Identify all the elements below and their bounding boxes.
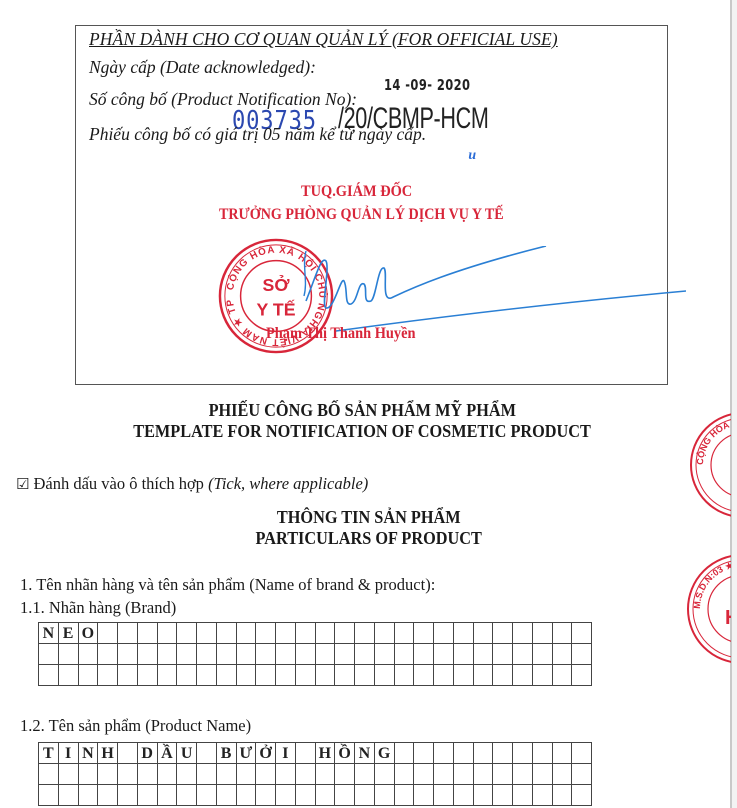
grid-cell <box>474 743 494 764</box>
grid-cell <box>375 623 395 644</box>
grid-cell <box>59 665 79 686</box>
grid-cell <box>138 764 158 785</box>
grid-cell <box>158 644 178 665</box>
grid-cell <box>553 644 573 665</box>
grid-cell <box>138 665 158 686</box>
grid-cell <box>237 644 257 665</box>
grid-cell <box>355 623 375 644</box>
grid-cell <box>276 623 296 644</box>
grid-cell <box>335 644 355 665</box>
grid-cell <box>375 665 395 686</box>
svg-text:M.S.D.N:03 ★ QUẬN: M.S.D.N:03 ★ QUẬN <box>692 559 731 609</box>
grid-cell <box>177 785 197 806</box>
grid-cell <box>395 764 415 785</box>
grid-cell <box>553 743 573 764</box>
grid-cell <box>296 743 316 764</box>
grid-cell: Ư <box>237 743 257 764</box>
grid-cell <box>118 743 138 764</box>
grid-cell: H <box>98 743 118 764</box>
grid-cell: G <box>375 743 395 764</box>
grid-cell <box>39 785 59 806</box>
grid-cell <box>454 785 474 806</box>
grid-cell <box>197 623 217 644</box>
grid-cell <box>276 764 296 785</box>
grid-cell <box>118 764 138 785</box>
grid-cell <box>276 644 296 665</box>
grid-cell <box>177 644 197 665</box>
initial-mark: ᴎ <box>468 148 477 164</box>
grid-cell <box>513 644 533 665</box>
grid-cell <box>355 764 375 785</box>
grid-cell <box>256 644 276 665</box>
grid-cell <box>434 785 454 806</box>
grid-cell <box>296 785 316 806</box>
grid-cell <box>98 785 118 806</box>
grid-cell <box>276 785 296 806</box>
grid-cell <box>256 623 276 644</box>
grid-cell <box>217 665 237 686</box>
signatory-title-2: TRƯỞNG PHÒNG QUẢN LÝ DỊCH VỤ Y TẾ <box>219 206 504 224</box>
grid-cell <box>395 623 415 644</box>
grid-cell <box>533 665 553 686</box>
grid-cell <box>493 785 513 806</box>
grid-cell <box>493 743 513 764</box>
grid-cell <box>138 644 158 665</box>
grid-cell <box>395 785 415 806</box>
tick-instruction-en: (Tick, where applicable) <box>208 474 368 493</box>
grid-cell <box>454 743 474 764</box>
grid-cell <box>138 623 158 644</box>
grid-cell <box>474 785 494 806</box>
grid-cell <box>395 644 415 665</box>
grid-cell <box>553 665 573 686</box>
grid-cell <box>355 644 375 665</box>
grid-cell <box>197 764 217 785</box>
grid-cell: D <box>138 743 158 764</box>
grid-cell <box>474 665 494 686</box>
grid-cell <box>118 623 138 644</box>
grid-cell <box>59 764 79 785</box>
grid-cell <box>533 743 553 764</box>
svg-text:SỞ: SỞ <box>263 274 291 295</box>
grid-cell <box>335 764 355 785</box>
grid-cell: B <box>217 743 237 764</box>
grid-cell <box>414 764 434 785</box>
grid-cell <box>375 764 395 785</box>
grid-cell <box>454 623 474 644</box>
grid-cell <box>237 764 257 785</box>
grid-cell <box>335 665 355 686</box>
section-title-en: PARTICULARS OF PRODUCT <box>0 528 737 549</box>
grid-cell: N <box>39 623 59 644</box>
grid-cell <box>158 665 178 686</box>
item-1-1-brand-label: 1.1. Nhãn hàng (Brand) <box>20 598 176 618</box>
grid-cell: O <box>79 623 99 644</box>
grid-cell <box>474 644 494 665</box>
grid-cell <box>118 665 138 686</box>
grid-cell <box>177 665 197 686</box>
grid-cell <box>79 665 99 686</box>
grid-cell <box>414 665 434 686</box>
grid-cell <box>118 644 138 665</box>
grid-cell: H <box>316 743 336 764</box>
grid-cell <box>237 623 257 644</box>
grid-cell <box>59 785 79 806</box>
grid-cell <box>197 785 217 806</box>
grid-cell <box>296 764 316 785</box>
date-acknowledged-value: 14 -09- 2020 <box>384 76 470 94</box>
grid-cell <box>118 785 138 806</box>
grid-cell: Ầ <box>158 743 178 764</box>
grid-cell <box>513 764 533 785</box>
grid-cell <box>454 665 474 686</box>
grid-cell <box>335 623 355 644</box>
grid-cell <box>533 644 553 665</box>
grid-cell: U <box>177 743 197 764</box>
grid-cell: Ồ <box>335 743 355 764</box>
validity-text: Phiếu công bố có giá trị 05 năm kể từ ng… <box>89 124 426 145</box>
grid-cell <box>316 644 336 665</box>
grid-cell <box>335 785 355 806</box>
grid-cell: T <box>39 743 59 764</box>
signature-icon <box>296 246 686 336</box>
grid-cell <box>414 644 434 665</box>
partial-seal-2-icon: M.S.D.N:03 ★ QUẬN H <box>685 552 731 667</box>
grid-cell <box>217 644 237 665</box>
grid-cell <box>316 665 336 686</box>
grid-cell <box>414 623 434 644</box>
grid-cell <box>572 743 592 764</box>
grid-cell <box>217 623 237 644</box>
grid-cell <box>296 623 316 644</box>
grid-cell <box>79 785 99 806</box>
grid-cell <box>98 623 118 644</box>
grid-cell <box>513 623 533 644</box>
grid-cell <box>493 764 513 785</box>
grid-cell <box>395 743 415 764</box>
grid-cell <box>513 665 533 686</box>
grid-cell <box>98 665 118 686</box>
grid-cell <box>572 644 592 665</box>
grid-cell <box>414 785 434 806</box>
grid-cell <box>414 743 434 764</box>
grid-cell <box>39 665 59 686</box>
grid-cell <box>276 665 296 686</box>
section-title-vn: THÔNG TIN SẢN PHẨM <box>0 507 737 528</box>
grid-cell: Ở <box>256 743 276 764</box>
grid-cell <box>533 623 553 644</box>
grid-cell <box>572 665 592 686</box>
grid-cell <box>553 785 573 806</box>
grid-cell <box>493 665 513 686</box>
grid-cell <box>197 644 217 665</box>
grid-cell <box>434 623 454 644</box>
grid-cell <box>553 764 573 785</box>
grid-cell <box>237 665 257 686</box>
signatory-title-1: TUQ.GIÁM ĐỐC <box>301 183 412 201</box>
grid-cell <box>375 785 395 806</box>
grid-cell <box>296 644 316 665</box>
official-use-box: PHẦN DÀNH CHO CƠ QUAN QUẢN LÝ (FOR OFFIC… <box>75 25 668 385</box>
grid-cell <box>138 785 158 806</box>
grid-cell <box>493 623 513 644</box>
grid-cell: N <box>355 743 375 764</box>
grid-cell <box>316 785 336 806</box>
document-title-vn: PHIẾU CÔNG BỐ SẢN PHẨM MỸ PHẨM <box>0 400 737 421</box>
grid-cell <box>355 665 375 686</box>
grid-cell <box>493 644 513 665</box>
brand-character-grid: NEO <box>38 622 592 686</box>
grid-cell <box>572 764 592 785</box>
grid-cell <box>434 665 454 686</box>
grid-cell <box>39 764 59 785</box>
grid-cell <box>296 665 316 686</box>
svg-text:H: H <box>725 607 731 629</box>
grid-cell <box>98 764 118 785</box>
grid-cell: I <box>276 743 296 764</box>
checked-box-icon: ☑ <box>16 475 29 493</box>
grid-cell <box>474 623 494 644</box>
grid-cell <box>217 764 237 785</box>
tick-instruction-vn: Đánh dấu vào ô thích hợp <box>33 474 203 493</box>
right-margin-stamps: CỘNG HÒA X.H ★ THÀ M.S.D.N:03 ★ QUẬN H <box>640 380 731 720</box>
grid-cell <box>256 785 276 806</box>
document-title-en: TEMPLATE FOR NOTIFICATION OF COSMETIC PR… <box>0 421 737 442</box>
grid-cell <box>434 743 454 764</box>
grid-cell <box>553 623 573 644</box>
grid-cell <box>533 785 553 806</box>
grid-cell <box>572 623 592 644</box>
tick-instruction: ☑Đánh dấu vào ô thích hợp (Tick, where a… <box>16 474 368 494</box>
item-1-2-product-name-label: 1.2. Tên sản phẩm (Product Name) <box>20 716 251 736</box>
grid-cell <box>434 644 454 665</box>
grid-cell <box>355 785 375 806</box>
grid-cell <box>158 764 178 785</box>
grid-cell <box>474 764 494 785</box>
grid-cell <box>256 665 276 686</box>
grid-cell <box>256 764 276 785</box>
grid-cell <box>158 623 178 644</box>
grid-cell <box>572 785 592 806</box>
grid-cell <box>79 644 99 665</box>
grid-cell: E <box>59 623 79 644</box>
partial-seal-1-icon: CỘNG HÒA X.H ★ THÀ <box>688 410 731 520</box>
grid-cell <box>316 764 336 785</box>
signatory-name: Phạm Thị Thanh Huyền <box>266 325 416 343</box>
grid-cell <box>434 764 454 785</box>
grid-cell <box>237 785 257 806</box>
grid-cell <box>533 764 553 785</box>
grid-cell: N <box>79 743 99 764</box>
official-use-heading: PHẦN DÀNH CHO CƠ QUAN QUẢN LÝ (FOR OFFIC… <box>89 29 558 50</box>
grid-cell <box>98 644 118 665</box>
grid-cell <box>39 644 59 665</box>
grid-cell <box>454 644 474 665</box>
grid-cell <box>197 665 217 686</box>
grid-cell <box>217 785 237 806</box>
svg-text:CỘNG HÒA X.H ★ THÀ: CỘNG HÒA X.H ★ THÀ <box>695 417 731 465</box>
grid-cell <box>177 623 197 644</box>
item-1-label: 1. Tên nhãn hàng và tên sản phẩm (Name o… <box>20 575 435 595</box>
grid-cell <box>513 743 533 764</box>
product-name-character-grid: TINHDẦUBƯỞIHỒNG <box>38 742 592 806</box>
grid-cell <box>454 764 474 785</box>
grid-cell <box>395 665 415 686</box>
date-acknowledged-label: Ngày cấp (Date acknowledged): <box>89 57 316 78</box>
grid-cell <box>197 743 217 764</box>
grid-cell <box>59 644 79 665</box>
grid-cell <box>79 764 99 785</box>
grid-cell <box>316 623 336 644</box>
svg-text:Y TẾ: Y TẾ <box>257 299 296 320</box>
grid-cell <box>513 785 533 806</box>
grid-cell <box>158 785 178 806</box>
grid-cell <box>375 644 395 665</box>
grid-cell: I <box>59 743 79 764</box>
grid-cell <box>177 764 197 785</box>
